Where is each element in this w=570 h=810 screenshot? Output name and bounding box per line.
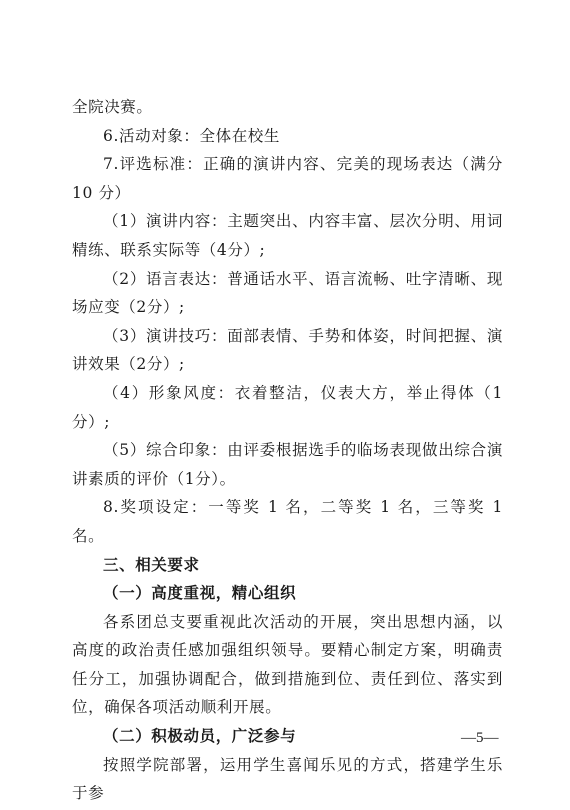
paragraph-criteria: 7.评选标准：正确的演讲内容、完美的现场表达（满分 10 分） [72, 150, 503, 207]
paragraph-participants: 6.活动对象：全体在校生 [72, 122, 503, 151]
subheading-organization: （一）高度重视，精心组织 [72, 579, 503, 608]
paragraph-awards: 8.奖项设定：一等奖 1 名，二等奖 1 名，三等奖 1 名。 [72, 493, 503, 550]
paragraph-final-round: 全院决赛。 [72, 93, 503, 122]
paragraph-participation: 按照学院部署，运用学生喜闻乐见的方式，搭建学生乐于参 [72, 751, 503, 808]
paragraph-criterion-content: （1）演讲内容：主题突出、内容丰富、层次分明、用词精练、联系实际等（4分）; [72, 207, 503, 264]
paragraph-criterion-language: （2）语言表达：普通话水平、语言流畅、吐字清晰、现场应变（2分）; [72, 265, 503, 322]
section-heading-requirements: 三、相关要求 [72, 551, 503, 580]
page-number: —5— [461, 730, 499, 747]
paragraph-criterion-appearance: （4）形象风度：衣着整洁，仪表大方，举止得体（1分）; [72, 379, 503, 436]
subheading-participation: （二）积极动员，广泛参与 [72, 722, 503, 751]
paragraph-organization: 各系团总支要重视此次活动的开展，突出思想内涵，以高度的政治责任感加强组织领导。要… [72, 608, 503, 722]
paragraph-criterion-overall: （5）综合印象：由评委根据选手的临场表现做出综合演讲素质的评价（1分）。 [72, 436, 503, 493]
document-page: 全院决赛。 6.活动对象：全体在校生 7.评选标准：正确的演讲内容、完美的现场表… [0, 0, 570, 810]
document-body: 全院决赛。 6.活动对象：全体在校生 7.评选标准：正确的演讲内容、完美的现场表… [72, 93, 503, 808]
paragraph-criterion-skills: （3）演讲技巧：面部表情、手势和体姿，时间把握、演讲效果（2分）; [72, 322, 503, 379]
